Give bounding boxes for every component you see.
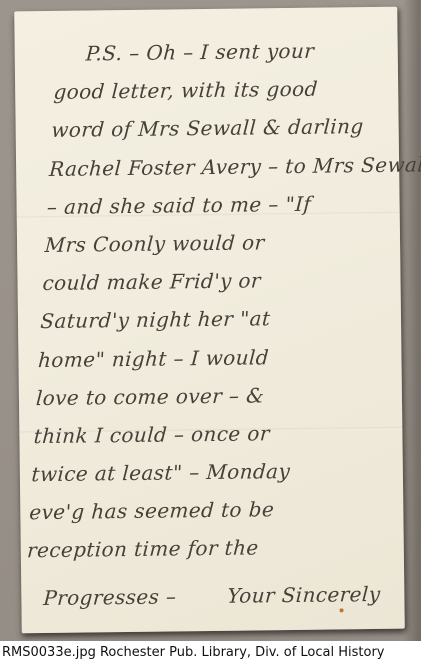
letter-line: P.S. – Oh – I sent your <box>49 31 408 74</box>
letter-line: reception time for the <box>20 527 379 570</box>
letter-page: P.S. – Oh – I sent yourgood letter, with… <box>14 7 405 634</box>
letter-last-line: Progresses – Your Sincerely <box>36 575 395 619</box>
letter-line: word of Mrs Sewall & darling <box>44 107 403 150</box>
scan-edge-shadow <box>403 0 421 663</box>
letter-line: good letter, with its good <box>47 69 406 112</box>
letter-line-left: Progresses – <box>42 577 177 617</box>
letter-line: Progresses – Your Sincerely <box>36 575 395 618</box>
letter-text: P.S. – Oh – I sent yourgood letter, with… <box>17 31 408 620</box>
scanned-letter-view: P.S. – Oh – I sent yourgood letter, with… <box>0 0 421 663</box>
caption-text: RMS0033e.jpg Rochester Pub. Library, Div… <box>0 645 385 660</box>
letter-line: home" night – I would <box>31 336 390 379</box>
letter-line: think I could – once or <box>27 413 386 456</box>
signature: Your Sincerely <box>226 575 381 615</box>
caption-bar: RMS0033e.jpg Rochester Pub. Library, Div… <box>0 641 421 663</box>
letter-line: Mrs Coonly would or <box>38 222 397 265</box>
letter-line: twice at least" – Monday <box>24 451 383 494</box>
letter-line: Saturd'y night her "at <box>33 298 392 341</box>
letter-line: love to come over – & <box>29 375 388 418</box>
letter-line: – and she said to me – "If <box>40 183 399 226</box>
letter-line: eve'g has seemed to be <box>22 489 381 532</box>
letter-line: could make Frid'y or <box>35 260 394 303</box>
letter-line: Rachel Foster Avery – to Mrs Sewall <box>42 145 401 188</box>
